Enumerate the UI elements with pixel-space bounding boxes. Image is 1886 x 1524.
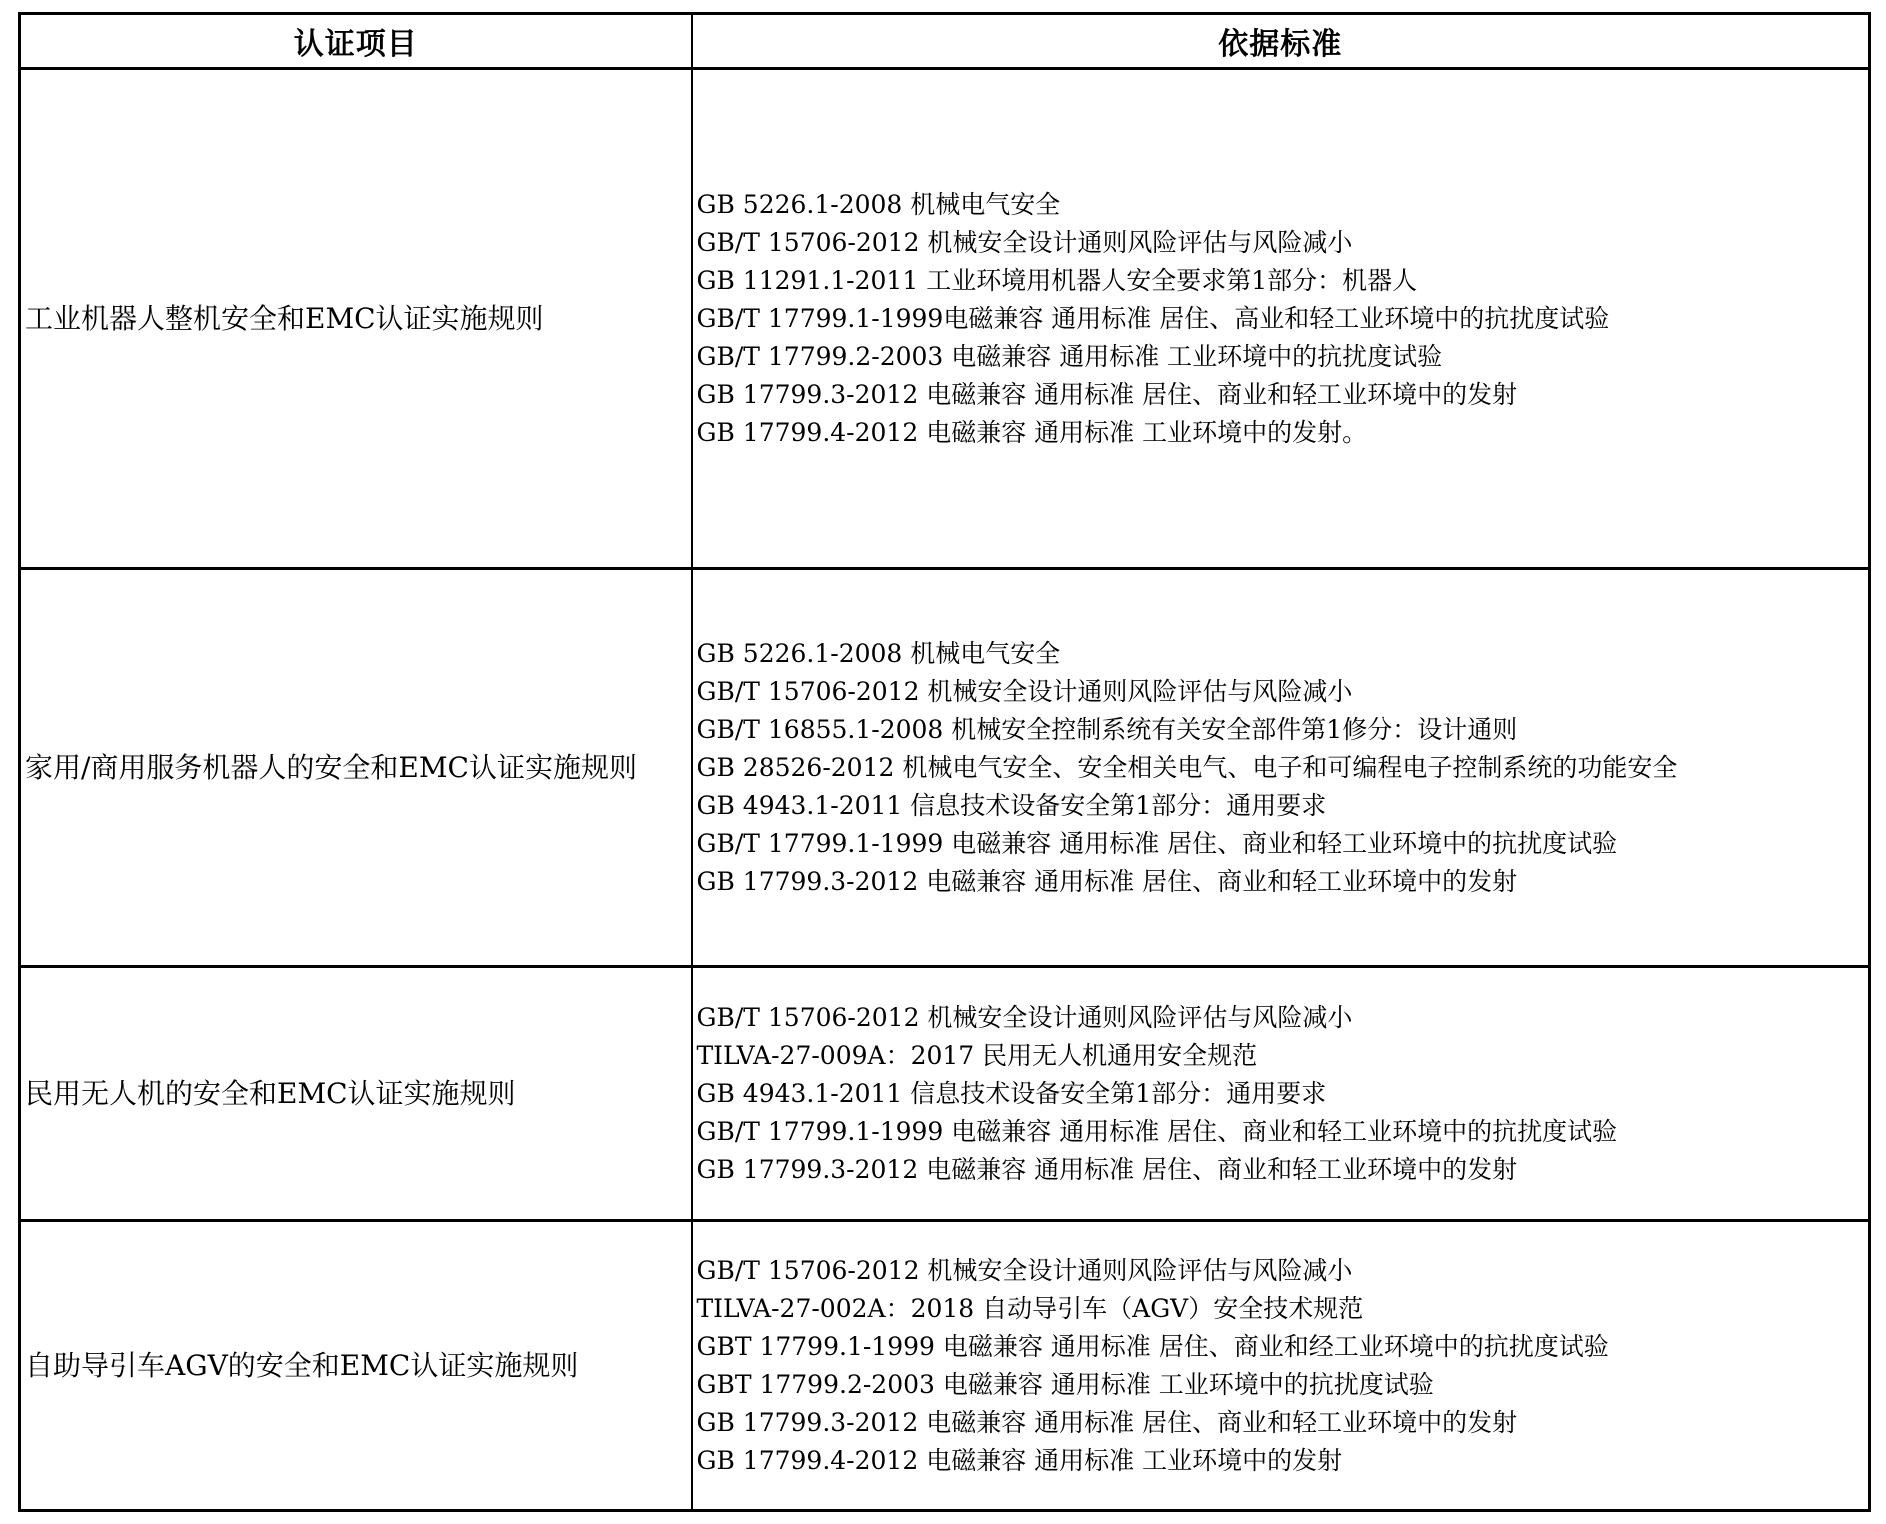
standard-line: GB 5226.1-2008 机械电气安全: [697, 186, 1869, 224]
table-row: 家用/商用服务机器人的安全和EMC认证实施规则 GB 5226.1-2008 机…: [20, 569, 1870, 967]
standard-line: GB 17799.3-2012 电磁兼容 通用标准 居住、商业和轻工业环境中的发…: [697, 863, 1869, 901]
standard-line: GB 5226.1-2008 机械电气安全: [697, 635, 1869, 673]
standard-line: GB 28526-2012 机械电气安全、安全相关电气、电子和可编程电子控制系统…: [697, 749, 1869, 787]
standard-line: GB/T 15706-2012 机械安全设计通则风险评估与风险减小: [697, 673, 1869, 711]
project-name: 自助导引车AGV的安全和EMC认证实施规则: [20, 1221, 692, 1511]
standard-line: GB/T 17799.1-1999 电磁兼容 通用标准 居住、商业和轻工业环境中…: [697, 825, 1869, 863]
standard-line: GB 17799.4-2012 电磁兼容 通用标准 工业环境中的发射: [697, 1442, 1869, 1480]
standards-list: GB 5226.1-2008 机械电气安全 GB/T 15706-2012 机械…: [692, 69, 1870, 569]
project-name: 工业机器人整机安全和EMC认证实施规则: [20, 69, 692, 569]
table-row: 工业机器人整机安全和EMC认证实施规则 GB 5226.1-2008 机械电气安…: [20, 69, 1870, 569]
standard-line: GB/T 15706-2012 机械安全设计通则风险评估与风险减小: [697, 999, 1869, 1037]
standard-line: GB/T 17799.1-1999 电磁兼容 通用标准 居住、商业和轻工业环境中…: [697, 1113, 1869, 1151]
standard-line: GBT 17799.1-1999 电磁兼容 通用标准 居住、商业和经工业环境中的…: [697, 1328, 1869, 1366]
standard-line: GB 4943.1-2011 信息技术设备安全第1部分：通用要求: [697, 787, 1869, 825]
standard-line: GB/T 17799.2-2003 电磁兼容 通用标准 工业环境中的抗扰度试验: [697, 338, 1869, 376]
standards-list: GB 5226.1-2008 机械电气安全 GB/T 15706-2012 机械…: [692, 569, 1870, 967]
standard-line: TILVA-27-002A：2018 自动导引车（AGV）安全技术规范: [697, 1290, 1869, 1328]
standard-line: GB 11291.1-2011 工业环境用机器人安全要求第1部分：机器人: [697, 262, 1869, 300]
column-header-certification-project: 认证项目: [20, 14, 692, 69]
standard-line: GB/T 15706-2012 机械安全设计通则风险评估与风险减小: [697, 1252, 1869, 1290]
table-row: 民用无人机的安全和EMC认证实施规则 GB/T 15706-2012 机械安全设…: [20, 967, 1870, 1221]
table-header-row: 认证项目 依据标准: [20, 14, 1870, 69]
project-name: 家用/商用服务机器人的安全和EMC认证实施规则: [20, 569, 692, 967]
project-name: 民用无人机的安全和EMC认证实施规则: [20, 967, 692, 1221]
standards-list: GB/T 15706-2012 机械安全设计通则风险评估与风险减小 TILVA-…: [692, 967, 1870, 1221]
standard-line: GB 17799.3-2012 电磁兼容 通用标准 居住、商业和轻工业环境中的发…: [697, 376, 1869, 414]
document-page: 认证项目 依据标准 工业机器人整机安全和EMC认证实施规则 GB 5226.1-…: [0, 0, 1886, 1524]
standard-line: GB/T 16855.1-2008 机械安全控制系统有关安全部件第1修分：设计通…: [697, 711, 1869, 749]
column-header-basis-standards: 依据标准: [692, 14, 1870, 69]
standards-list: GB/T 15706-2012 机械安全设计通则风险评估与风险减小 TILVA-…: [692, 1221, 1870, 1511]
table-row: 自助导引车AGV的安全和EMC认证实施规则 GB/T 15706-2012 机械…: [20, 1221, 1870, 1511]
certification-standards-table: 认证项目 依据标准 工业机器人整机安全和EMC认证实施规则 GB 5226.1-…: [18, 12, 1871, 1512]
standard-line: GB 4943.1-2011 信息技术设备安全第1部分：通用要求: [697, 1075, 1869, 1113]
standard-line: GB 17799.4-2012 电磁兼容 通用标准 工业环境中的发射。: [697, 414, 1869, 452]
standard-line: TILVA-27-009A：2017 民用无人机通用安全规范: [697, 1037, 1869, 1075]
standard-line: GB 17799.3-2012 电磁兼容 通用标准 居住、商业和轻工业环境中的发…: [697, 1404, 1869, 1442]
standard-line: GB 17799.3-2012 电磁兼容 通用标准 居住、商业和轻工业环境中的发…: [697, 1151, 1869, 1189]
standard-line: GB/T 15706-2012 机械安全设计通则风险评估与风险减小: [697, 224, 1869, 262]
standard-line: GB/T 17799.1-1999电磁兼容 通用标准 居住、高业和轻工业环境中的…: [697, 300, 1869, 338]
standard-line: GBT 17799.2-2003 电磁兼容 通用标准 工业环境中的抗扰度试验: [697, 1366, 1869, 1404]
